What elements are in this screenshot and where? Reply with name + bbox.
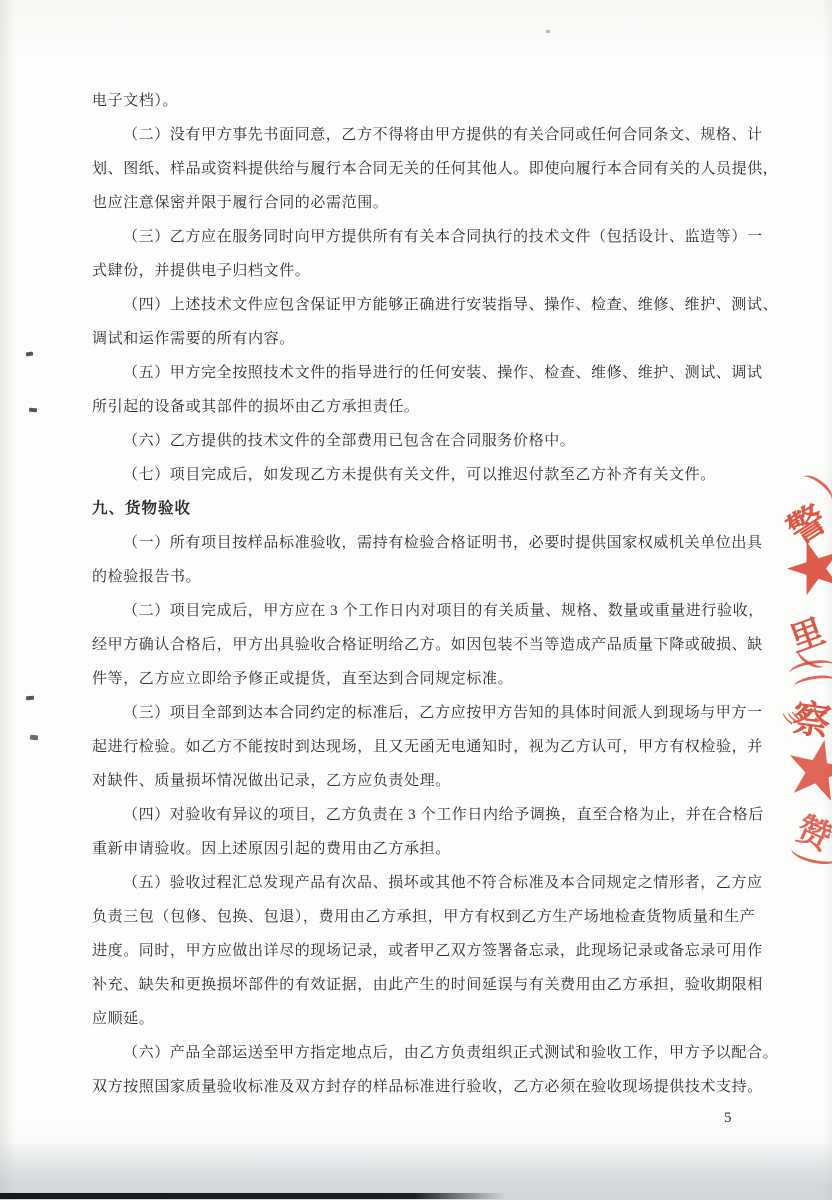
scan-speck <box>26 352 33 357</box>
text-line: （三）项目全部到达本合同约定的标准后，乙方应按甲方告知的具体时间派人到现场与甲方… <box>92 696 756 730</box>
text-line: 进度。同时，甲方应做出详尽的现场记录，或者甲乙双方签署备忘录，此现场记录或备忘录… <box>92 934 756 968</box>
text-line: （三）乙方应在服务同时向甲方提供所有有关本合同执行的技术文件（包括设计、监造等）… <box>92 220 756 254</box>
scanned-contract-page: 电子文档）。（二）没有甲方事先书面同意，乙方不得将由甲方提供的有关合同或任何合同… <box>0 0 832 1200</box>
text-line: 重新申请验收。因上述原因引起的费用由乙方承担。 <box>92 832 756 866</box>
scan-speck <box>546 30 550 33</box>
text-line: （七）项目完成后，如发现乙方未提供有关文件，可以推迟付款至乙方补齐有关文件。 <box>92 458 756 492</box>
text-line: 九、货物验收 <box>92 492 756 526</box>
text-line: （一）所有项目按样品标准验收，需持有检验合格证明书，必要时提供国家权威机关单位出… <box>92 526 756 560</box>
seal-star-icon: ★ <box>774 724 832 817</box>
text-line: （五）甲方完全按照技术文件的指导进行的任何安装、操作、检查、维修、维护、测试、调… <box>92 356 756 390</box>
scan-speck <box>29 408 37 413</box>
text-line: 件等，乙方应立即给予修正或提货，直至达到合同规定标准。 <box>92 662 756 696</box>
page-number: 5 <box>724 1106 754 1130</box>
text-line: 对缺件、质量损坏情况做出记录，乙方应负责处理。 <box>92 764 756 798</box>
text-line: （六）产品全部运送至甲方指定地点后，由乙方负责组织正式测试和验收工作，甲方予以配… <box>92 1036 756 1070</box>
text-line: 电子文档）。 <box>92 84 756 118</box>
text-line: 补充、缺失和更换损坏部件的有效证据，由此产生的时间延误与有关费用由乙方承担，验收… <box>92 968 756 1002</box>
contract-text-block: 电子文档）。（二）没有甲方事先书面同意，乙方不得将由甲方提供的有关合同或任何合同… <box>92 84 756 1104</box>
scan-bottom-shadow <box>0 1142 832 1200</box>
text-line: 起进行检验。如乙方不能按时到达现场，且又无函无电通知时，视为乙方认可，甲方有权检… <box>92 730 756 764</box>
text-line: 经甲方确认合格后，甲方出具验收合格证明给乙方。如因包装不当等造成产品质量下降或破… <box>92 628 756 662</box>
text-line: （五）验收过程汇总发现产品有次品、损坏或其他不符合标准及本合同规定之情形者，乙方… <box>92 866 756 900</box>
scan-speck <box>30 735 38 741</box>
scan-bottom-line <box>0 1193 505 1199</box>
text-line: （四）对验收有异议的项目，乙方负责在 3 个工作日内给予调换，直至合格为止，并在… <box>92 798 756 832</box>
text-line: 调试和运作需要的所有内容。 <box>92 322 756 356</box>
text-line: 划、图纸、样品或资料提供给与履行本合同无关的任何其他人。即使向履行本合同有关的人… <box>92 152 756 186</box>
text-line: （二）项目完成后，甲方应在 3 个工作日内对项目的有关质量、规格、数量或重量进行… <box>92 594 756 628</box>
scan-edge-shadow-left <box>0 0 16 1200</box>
text-line: 应顺延。 <box>92 1002 756 1036</box>
text-line: （六）乙方提供的技术文件的全部费用已包含在合同服务价格中。 <box>92 424 756 458</box>
text-line: 负责三包（包修、包换、包退），费用由乙方承担，甲方有权到乙方生产场地检查货物质量… <box>92 900 756 934</box>
text-line: 的检验报告书。 <box>92 560 756 594</box>
seal-star-icon: ★ <box>775 526 832 612</box>
text-line: （四）上述技术文件应包含保证甲方能够正确进行安装指导、操作、检查、维修、维护、测… <box>92 288 756 322</box>
text-line: 双方按照国家质量验收标准及双方封存的样品标准进行验收，乙方必须在验收现场提供技术… <box>92 1070 756 1104</box>
text-line: 也应注意保密并限于履行合同的必需范围。 <box>92 186 756 220</box>
text-line: 所引起的设备或其部件的损坏由乙方承担责任。 <box>92 390 756 424</box>
text-line: （二）没有甲方事先书面同意，乙方不得将由甲方提供的有关合同或任何合同条文、规格、… <box>92 118 756 152</box>
scan-speck <box>26 696 34 701</box>
text-line: 式肆份，并提供电子归档文件。 <box>92 254 756 288</box>
